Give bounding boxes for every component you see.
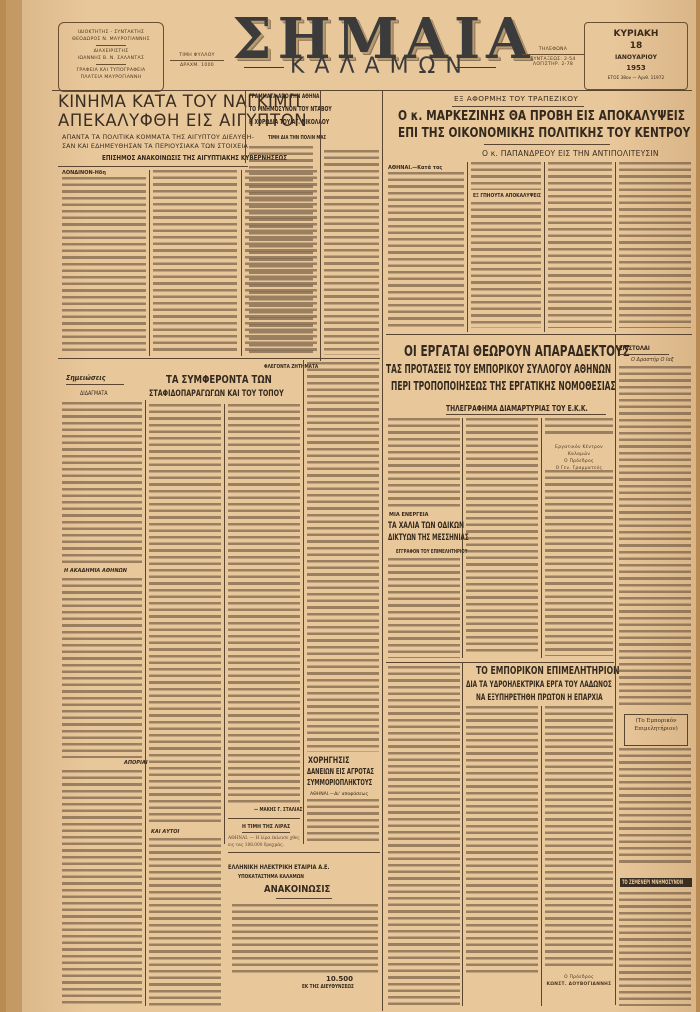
athens-subhead: ΤΙΜΗ ΔΙΑ ΤΗΝ ΠΟΛΙΝ ΜΑΣ: [268, 135, 326, 141]
workers-sign-1: Εργατικόν Κέντρον Καλαμών: [545, 444, 613, 458]
publisher-line-6: ΠΛΑΤΕΙΑ ΜΑΥΡΟΓΙΑΝΝΗ: [59, 74, 163, 81]
column-rule: [544, 162, 545, 332]
phones-label: ΤΗΛΕΦΩΝΑ: [522, 47, 584, 52]
markezinis-kicker: ΕΞ ΑΦΟΡΜΗΣ ΤΟΥ ΤΡΑΠΕΖΙΚΟΥ: [454, 95, 578, 103]
publisher-info-box: ΙΔΙΟΚΤΗΤΗΣ - ΣΥΝΤΑΚΤΗΣ ΘΕΟΔΩΡΟΣ Ν. ΜΑΥΡΟ…: [58, 22, 164, 92]
notes-body-2: [62, 578, 142, 758]
phones-line-2: ΛΟΓΙΣΤΗΡ. 2-78: [522, 62, 584, 67]
chamber-signature: Ο Πρόεδρος ΚΩΝΣΤ. ΔΟΥΒΟΓΙΑΝΝΗΣ: [545, 974, 613, 988]
chamber-headline-2: ΔΙΑ ΤΑ ΥΔΡΟΗΛΕΚΤΡΙΚΑ ΕΡΓΑ ΤΟΥ ΛΑΔΩΝΟΣ: [466, 680, 612, 690]
chamber-body-col-2: [545, 706, 613, 966]
date-box: ΚΥΡΙΑΚΗ 18 ΙΑΝΟΥΑΡΙΟΥ 1953 ΕΤΟΣ 38ον — Ά…: [584, 22, 688, 90]
markezinis-body-col-4: [619, 162, 691, 328]
markezinis-body-col-2a: [471, 162, 541, 190]
divider: [66, 384, 124, 385]
divider: [522, 54, 584, 55]
column-rule: [320, 91, 321, 361]
notes-subhead: ΔΙΔΑΓΜΑΤΑ: [80, 390, 108, 397]
athens-body-col-2: [324, 150, 379, 355]
publisher-line-3: ΔΙΑΧΕΙΡΙΣΤΗΣ: [59, 48, 163, 55]
workers-headline-3: ΠΕΡΙ ΤΡΟΠΟΠΟΙΗΣΕΩΣ ΤΗΣ ΕΡΓΑΤΙΚΗΣ ΝΟΜΟΘΕΣ…: [391, 379, 616, 393]
price-label: ΤΙΜΗ ΦΥΛΛΟΥ: [170, 53, 224, 58]
zemeneri-title: ΤΟ ΖΕΜΕΝΕΡΙ ΜΝΗΜΟΣΥΝΟΝ: [622, 879, 683, 886]
masthead-divider: [52, 90, 692, 91]
markezinis-body-col-3: [548, 162, 612, 328]
notes-body-4: [149, 838, 221, 1006]
workers-headline-1: ΟΙ ΕΡΓΑΤΑΙ ΘΕΩΡΟΥΝ ΑΠΑΡΑΔΕΚΤΟΥΣ: [404, 342, 630, 360]
epistolai-body-2: [619, 748, 691, 864]
chamber-sign-1: Ο Πρόεδρος: [545, 974, 613, 981]
column-rule: [303, 360, 304, 844]
divider: [170, 60, 224, 61]
newspaper-page: ΙΔΙΟΚΤΗΤΗΣ - ΣΥΝΤΑΚΤΗΣ ΘΕΟΔΩΡΟΣ Ν. ΜΑΥΡΟ…: [6, 0, 696, 1012]
masthead-rule-right: [456, 67, 496, 68]
lira-text: ΑΘΗΝΑΙ. — Η λίρα έκλεισε χθες εις τας 18…: [228, 836, 300, 849]
currants-body-col-2: [228, 404, 300, 804]
loans-body: [307, 799, 379, 843]
epistolai-title: ΕΠΙΣΤΟΛΑΙ: [619, 345, 650, 352]
electric-body: [232, 904, 378, 976]
divider: [446, 414, 606, 415]
page-binding-edge: [6, 0, 22, 1012]
loans-headline-1: ΧΟΡΗΓΗΣΙΣ: [308, 756, 350, 766]
notes-body-1: [62, 402, 142, 564]
markezinis-subhead: Ο κ. ΠΑΠΑΝΔΡΕΟΥ ΕΙΣ ΤΗΝ ΑΝΤΙΠΟΛΙΤΕΥΣΙΝ: [482, 150, 659, 158]
column-rule: [224, 404, 225, 844]
markezinis-headline-2: ΕΠΙ ΤΗΣ ΟΙΚΟΝΟΜΙΚΗΣ ΠΟΛΙΤΙΚΗΣ ΤΟΥ ΚΕΝΤΡΟ…: [398, 126, 690, 141]
column-rule: [382, 91, 383, 1011]
workers-body-col-1: [388, 418, 460, 508]
chamber-body-col-1: [466, 706, 538, 976]
masthead-subtitle: ΚΑΛΑΜΩΝ: [290, 54, 472, 79]
date-year: 1953: [585, 64, 687, 72]
divider: [452, 106, 584, 107]
nagib-body-col-1: [62, 177, 146, 353]
divider: [386, 662, 614, 663]
epistolai-subhead: Ο Δραστήρ Ο Ιαξ: [631, 358, 674, 363]
workers-body-col-3: [545, 418, 613, 438]
workers-signature: Εργατικόν Κέντρον Καλαμών Ο Πρόεδρος Ο Γ…: [545, 444, 613, 472]
column-rule: [467, 162, 468, 332]
column-rule: [615, 335, 616, 1005]
divider: [58, 358, 380, 359]
messinia-body-cont: [388, 666, 460, 1006]
notes-body-3: [62, 770, 142, 1006]
divider: [276, 898, 332, 899]
nagib-body-col-2: [153, 170, 237, 354]
column-rule: [462, 662, 463, 1006]
column-rule: [245, 91, 246, 163]
electric-signature: ΕΚ ΤΗΣ ΔΙΕΥΘΥΝΣΕΩΣ: [302, 984, 354, 990]
nagib-deck-2: ΣΑΝ ΚΑΙ ΕΔΗΜΕΥΘΗΣΑΝ ΤΑ ΠΕΡΙΟΥΣΙΑΚΑ ΤΩΝ Σ…: [62, 144, 248, 151]
electric-amount: 10.500: [326, 975, 353, 983]
phones-block: ΤΗΛΕΦΩΝΑ ΣΥΝΤΑΞΕΩΣ: 2-54 ΛΟΓΙΣΤΗΡ. 2-78: [522, 47, 584, 67]
divider: [242, 832, 290, 833]
electric-title: ΑΝΑΚΟΙΝΩΣΙΣ: [264, 884, 330, 895]
athens-body: [249, 146, 313, 356]
publisher-line-4: ΙΩΑΝΝΗΣ Β. Ν. ΣΑΛΑΝΤΑΣ: [59, 55, 163, 62]
masthead-rule-left: [244, 67, 284, 68]
workers-headline-2: ΤΑΣ ΠΡΟΤΑΣΕΙΣ ΤΟΥ ΕΜΠΟΡΙΚΟΥ ΣΥΛΛΟΓΟΥ ΑΘΗ…: [386, 362, 611, 376]
messinia-body: [388, 558, 460, 658]
chamber-headline-1: ΤΟ ΕΜΠΟΡΙΚΟΝ ΕΠΙΜΕΛΗΤΗΡΙΟΝ: [476, 664, 620, 677]
column-rule: [541, 418, 542, 658]
column-rule: [241, 170, 242, 356]
publisher-line-1: ΙΔΙΟΚΤΗΤΗΣ - ΣΥΝΤΑΚΤΗΣ: [59, 29, 163, 36]
nagib-dateline: ΛΟΝΔΙΝΟΝ-Ηδη: [62, 170, 106, 176]
workers-sign-2: Ο Πρόεδρος: [545, 458, 613, 465]
date-number: 18: [585, 41, 687, 51]
divider: [619, 354, 669, 355]
chamber-sign-2: ΚΩΝΣΤ. ΔΟΥΒΟΓΙΑΝΝΗΣ: [545, 981, 613, 988]
markezinis-inner-head: ΕΞ ΓΠΗΟΥΤΑ ΑΠΟΚΑΛΥΨΕΙΣ: [473, 193, 541, 199]
currants-headline-1: ΤΑ ΣΥΜΦΕΡΟΝΤΑ ΤΩΝ: [166, 373, 272, 386]
messinia-subhead: ΕΓΓΡΑΦΟΝ ΤΟΥ ΕΠΙΜΕΛΗΤΗΡΙΟΥ: [396, 549, 468, 555]
messinia-headline-1: ΤΑ ΧΑΛΙΑ ΤΩΝ ΟΔΙΚΩΝ: [388, 521, 464, 531]
epistolai-body: [619, 366, 691, 706]
markezinis-body-col-2b: [471, 202, 541, 328]
date-month: ΙΑΝΟΥΑΡΙΟΥ: [585, 54, 687, 61]
currants-signature: — ΜΑΚΗΣ Γ. ΣΤΑΛΙΑΣ: [254, 808, 302, 813]
column-rule: [145, 400, 146, 1006]
loans-dateline: ΑΘΗΝΑΙ.—Δι' αποφάσεως: [310, 792, 368, 797]
issue-number: ΕΤΟΣ 38ον — Άριθ. 11972: [585, 76, 687, 81]
markezinis-body-col-1: [388, 172, 464, 328]
divider: [58, 166, 248, 167]
zemeneri-body: [619, 892, 691, 1006]
loans-headline-2: ΔΑΝΕΙΩΝ ΕΙΣ ΑΓΡΟΤΑΣ: [307, 767, 374, 776]
notes-title: Σημειώσεις: [66, 374, 105, 382]
divider: [484, 144, 610, 145]
publisher-line-2: ΘΕΟΔΩΡΟΣ Ν. ΜΑΥΡΟΓΙΑΝΝΗΣ: [59, 36, 163, 43]
divider: [96, 45, 126, 46]
column-rule: [149, 170, 150, 356]
divider: [228, 852, 380, 853]
notes-body-4a: [149, 780, 221, 826]
epistolai-box-text: (Το Εμπορικόν Επιμελητήριον): [634, 718, 678, 732]
notes-section-4: ΚΑΙ ΑΥΤΟΙ: [151, 829, 179, 835]
electric-branch: ΥΠΟΚΑΤΑΣΤΗΜΑ ΚΑΛΑΜΩΝ: [238, 874, 304, 880]
messinia-kicker: ΜΙΑ ΕΝΕΡΓΕΙΑ: [389, 512, 428, 518]
price-value: ΔΡΑΧΜ. 1000: [170, 63, 224, 68]
markezinis-dateline: ΑΘΗΝΑΙ.—Κατά τας: [388, 165, 442, 171]
lira-headline: Η ΤΙΜΗ ΤΗΣ ΛΙΡΑΣ: [242, 824, 290, 830]
nagib-deck-1: ΑΠΑΝΤΑ ΤΑ ΠΟΛΙΤΙΚΑ ΚΟΜΜΑΤΑ ΤΗΣ ΑΙΓΥΠΤΟΥ …: [62, 135, 254, 142]
workers-subhead: ΤΗΛΕΓΡΑΦΗΜΑ ΔΙΑΜΑΡΤΥΡΙΑΣ ΤΟΥ Ε.Κ.Κ.: [446, 404, 588, 413]
currants-body-col-1: [149, 404, 221, 778]
loans-headline-3: ΣΥΜΜΟΡΙΟΠΛΗΚΤΟΥΣ: [307, 778, 372, 787]
epistolai-box: (Το Εμπορικόν Επιμελητήριον): [624, 714, 688, 746]
price-block: ΤΙΜΗ ΦΥΛΛΟΥ ΔΡΑΧΜ. 1000: [170, 53, 224, 68]
divider: [96, 64, 126, 65]
messinia-headline-2: ΔΙΚΤΥΩΝ ΤΗΣ ΜΕΣΣΗΝΙΑΣ: [388, 533, 469, 543]
divider: [228, 818, 300, 819]
column-rule: [541, 706, 542, 1006]
date-day: ΚΥΡΙΑΚΗ: [585, 29, 687, 39]
workers-body-col-2: [466, 418, 538, 654]
middle-body-col: [307, 362, 379, 752]
column-rule: [615, 162, 616, 332]
notes-section-2: Η ΑΚΑΔΗΜΙΑ ΑΘΗΝΩΝ: [64, 568, 127, 574]
workers-body-col-3b: [545, 470, 613, 656]
currants-headline-2: ΣΤΑΦΙΔΟΠΑΡΑΓΩΓΩΝ ΚΑΙ ΤΟΥ ΤΟΠΟΥ: [149, 389, 284, 399]
chamber-headline-3: ΝΑ ΕΞΥΠΗΡΕΤΗΘΗ ΠΡΩΤΟΝ Η ΕΠΑΡΧΙΑ: [476, 693, 603, 703]
athens-kicker: ΓΡΑΜΜΑΤΑ ΑΠΟ ΤΗΝ ΑΘΗΝΑ: [249, 93, 319, 100]
divider: [386, 334, 692, 335]
publisher-line-5: ΓΡΑΦΕΙΑ ΚΑΙ ΤΥΠΟΓΡΑΦΕΙΑ: [59, 67, 163, 74]
athens-headline-2: Η ΧΟΡΩΔΙΑ ΤΟΥ ΑΓ. ΝΙΚΟΛΑΟΥ: [249, 118, 329, 126]
markezinis-headline-1: Ο κ. ΜΑΡΚΕΖΙΝΗΣ ΘΑ ΠΡΟΒΗ ΕΙΣ ΑΠΟΚΑΛΥΨΕΙΣ: [398, 109, 685, 124]
electric-company: ΕΛΛΗΝΙΚΗ ΗΛΕΚΤΡΙΚΗ ΕΤΑΙΡΙΑ Α.Ε.: [228, 863, 329, 871]
